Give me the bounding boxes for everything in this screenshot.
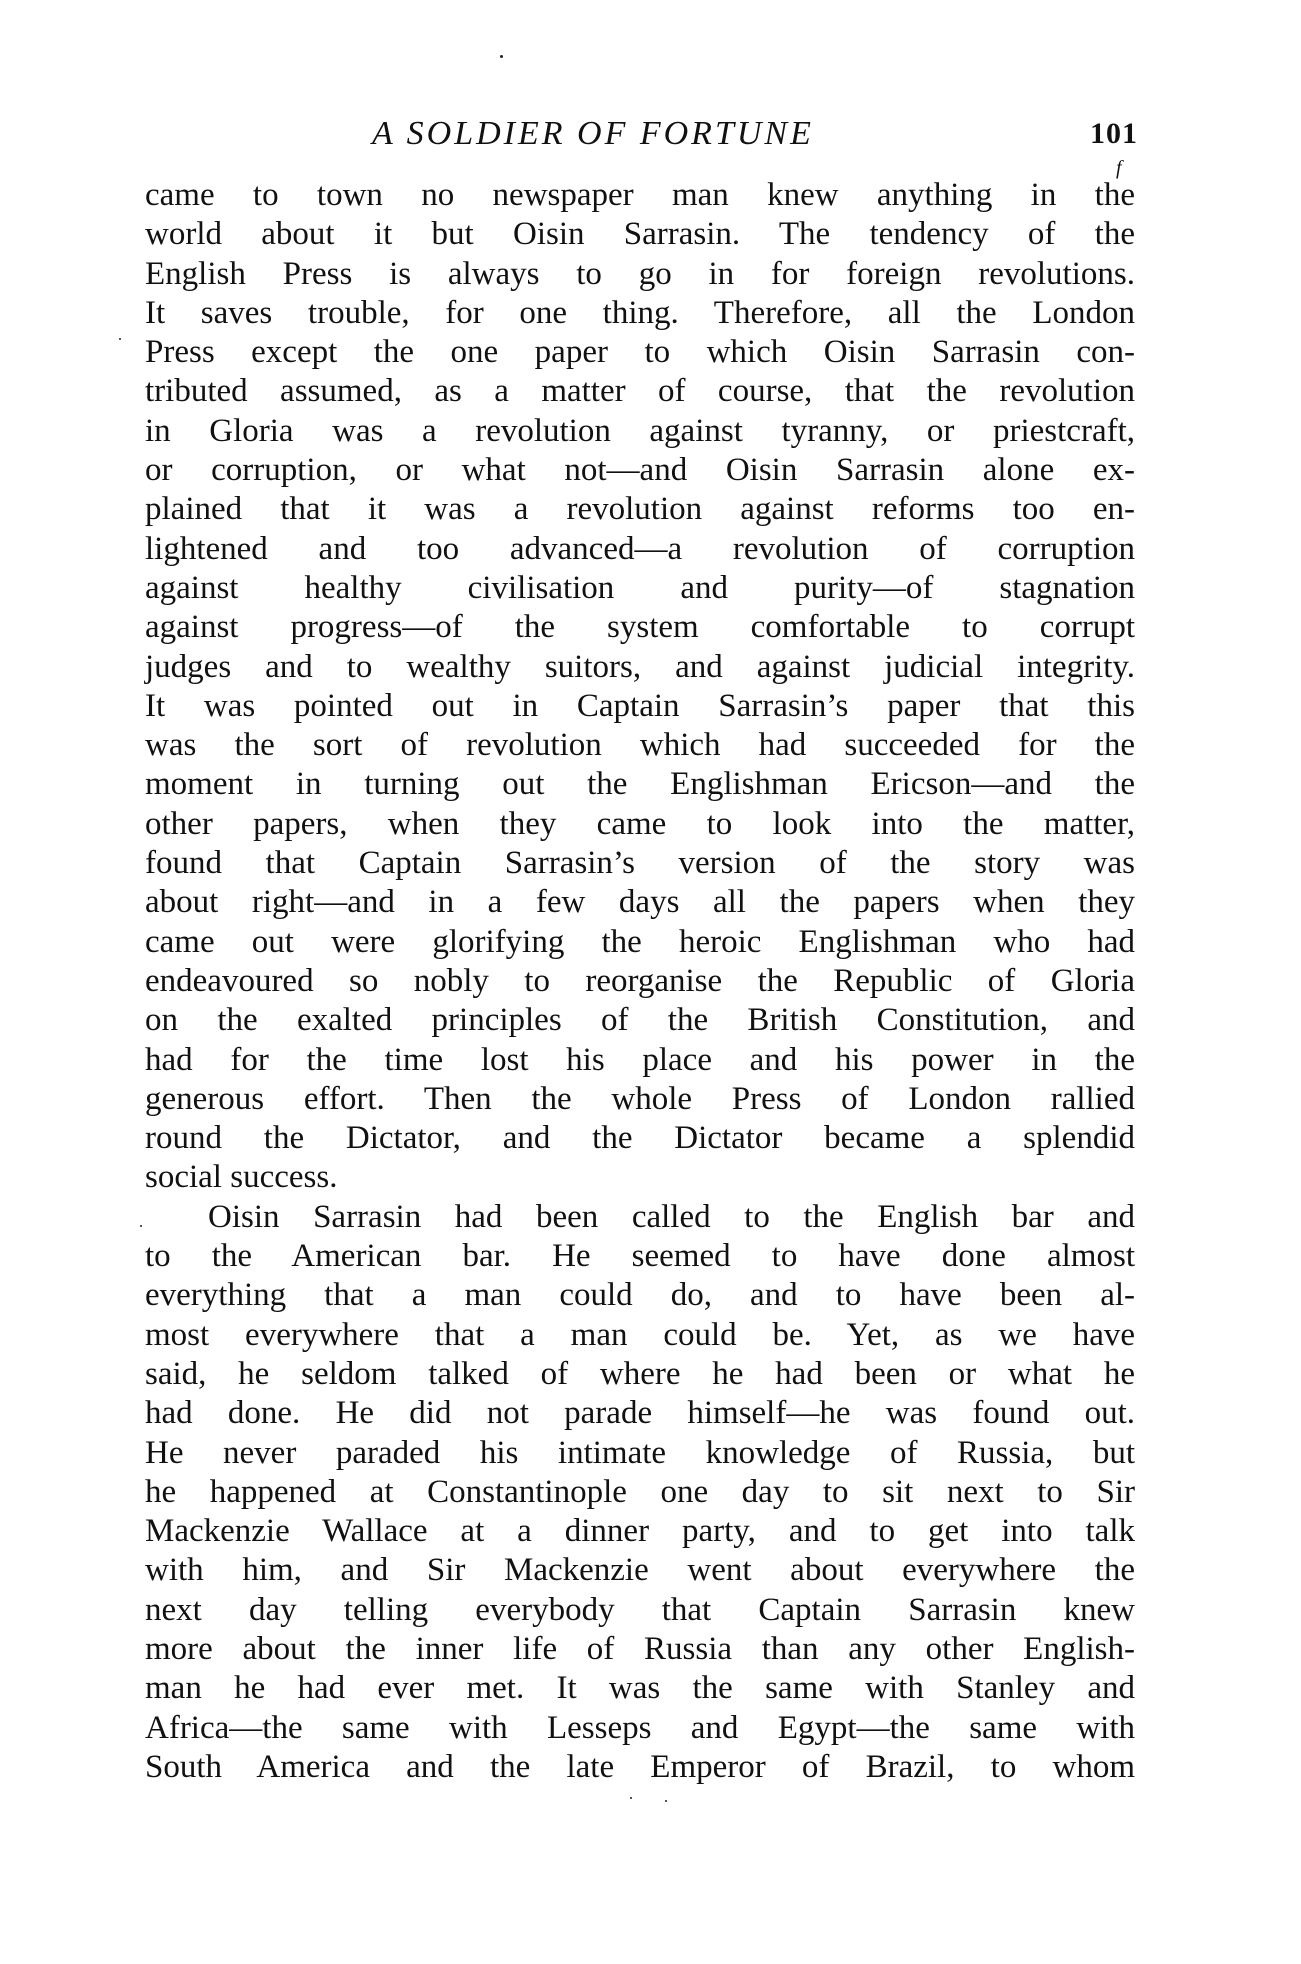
text-line: judges and to wealthy suitors, and again…	[145, 648, 1135, 687]
text-line: Press except the one paper to which Oisi…	[145, 333, 1135, 372]
text-line: next day telling everybody that Captain …	[145, 1591, 1135, 1630]
scan-speck	[500, 55, 503, 58]
text-line: moment in turning out the Englishman Eri…	[145, 765, 1135, 804]
text-line: to the American bar. He seemed to have d…	[145, 1237, 1135, 1276]
text-line: Africa—the same with Lesseps and Egypt—t…	[145, 1709, 1135, 1748]
paragraph-2: Oisin Sarrasin had been called to the En…	[145, 1198, 1135, 1787]
text-line: came to town no newspaper man knew anyth…	[145, 176, 1135, 215]
text-line: Oisin Sarrasin had been called to the En…	[145, 1198, 1135, 1237]
text-line: It saves trouble, for one thing. Therefo…	[145, 294, 1135, 333]
scan-speck	[119, 338, 121, 340]
text-line: with him, and Sir Mackenzie went about e…	[145, 1551, 1135, 1590]
page-number: 101	[1082, 116, 1138, 152]
text-line: against healthy civilisation and purity—…	[145, 569, 1135, 608]
text-line: found that Captain Sarrasin’s version of…	[145, 844, 1135, 883]
text-line: in Gloria was a revolution against tyran…	[145, 412, 1135, 451]
page-body: came to town no newspaper man knew anyth…	[145, 176, 1135, 1787]
text-line: came out were glorifying the heroic Engl…	[145, 923, 1135, 962]
text-line: he happened at Constantinople one day to…	[145, 1473, 1135, 1512]
text-line: generous effort. Then the whole Press of…	[145, 1080, 1135, 1119]
paragraph-1: came to town no newspaper man knew anyth…	[145, 176, 1135, 1198]
text-line: other papers, when they came to look int…	[145, 805, 1135, 844]
text-line: or corruption, or what not—and Oisin Sar…	[145, 451, 1135, 490]
text-line: lightened and too advanced—a revolution …	[145, 530, 1135, 569]
text-line: It was pointed out in Captain Sarrasin’s…	[145, 687, 1135, 726]
text-line: had for the time lost his place and his …	[145, 1041, 1135, 1080]
scan-speck	[630, 1797, 632, 1799]
text-line: said, he seldom talked of where he had b…	[145, 1355, 1135, 1394]
text-line: plained that it was a revolution against…	[145, 490, 1135, 529]
text-line: South America and the late Emperor of Br…	[145, 1748, 1135, 1787]
text-line: against progress—of the system comfortab…	[145, 608, 1135, 647]
text-line: Mackenzie Wallace at a dinner party, and…	[145, 1512, 1135, 1551]
text-line: round the Dictator, and the Dictator bec…	[145, 1119, 1135, 1158]
text-line: social success.	[145, 1158, 1135, 1197]
scan-speck	[665, 1800, 667, 1802]
text-line: had done. He did not parade himself—he w…	[145, 1394, 1135, 1433]
text-line: about right—and in a few days all the pa…	[145, 883, 1135, 922]
running-head-title: A SOLDIER OF FORTUNE	[372, 114, 912, 154]
text-line: English Press is always to go in for for…	[145, 255, 1135, 294]
text-line: on the exalted principles of the British…	[145, 1001, 1135, 1040]
text-line: tributed assumed, as a matter of course,…	[145, 372, 1135, 411]
text-line: endeavoured so nobly to reorganise the R…	[145, 962, 1135, 1001]
scan-speck	[140, 1225, 142, 1227]
text-line: world about it but Oisin Sarrasin. The t…	[145, 215, 1135, 254]
text-line: everything that a man could do, and to h…	[145, 1276, 1135, 1315]
text-line: most everywhere that a man could be. Yet…	[145, 1316, 1135, 1355]
stray-print-mark: f	[1116, 158, 1122, 178]
text-line: man he had ever met. It was the same wit…	[145, 1669, 1135, 1708]
text-line: more about the inner life of Russia than…	[145, 1630, 1135, 1669]
text-line: was the sort of revolution which had suc…	[145, 726, 1135, 765]
text-line: He never paraded his intimate knowledge …	[145, 1434, 1135, 1473]
